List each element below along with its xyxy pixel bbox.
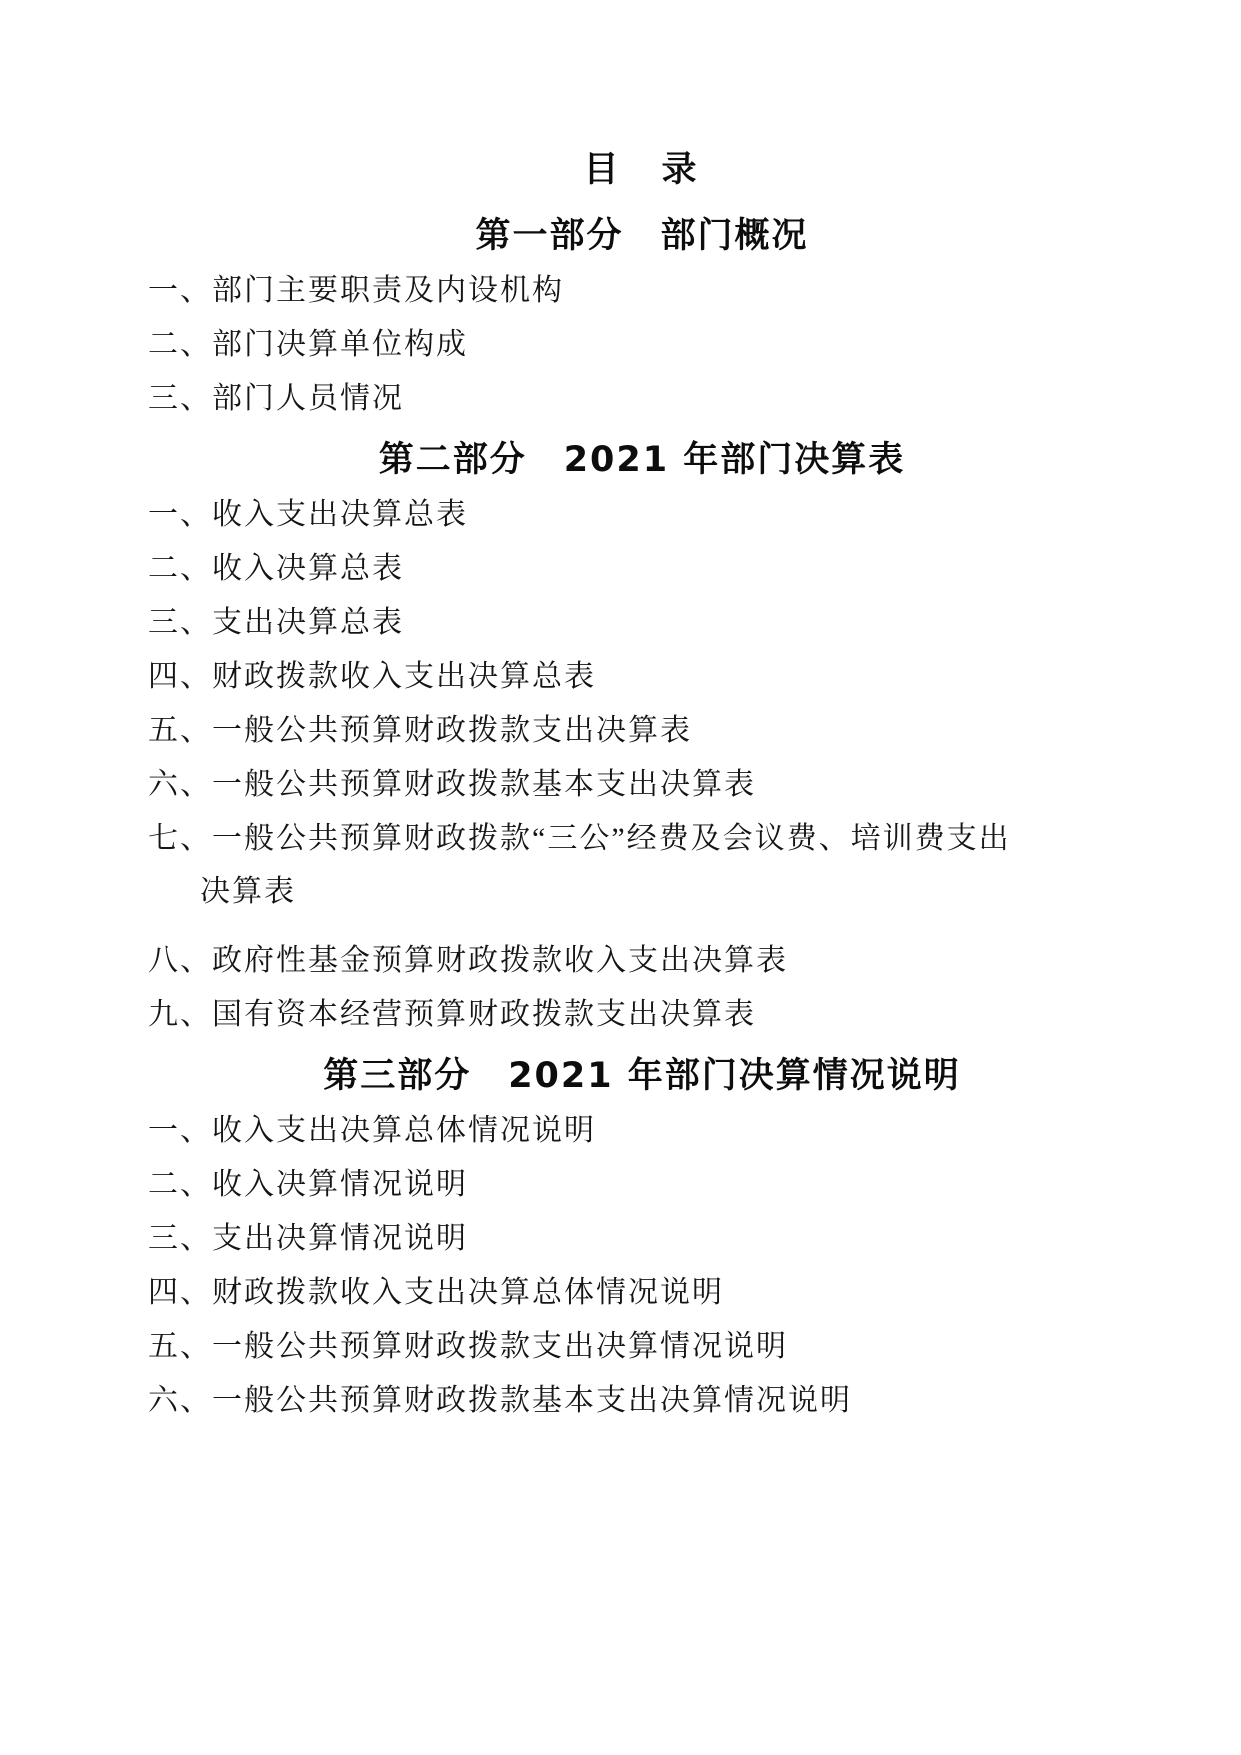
toc-item: 一、部门主要职责及内设机构	[148, 264, 1146, 318]
toc-item: 二、收入决算情况说明	[148, 1158, 1146, 1212]
toc-item: 三、支出决算情况说明	[148, 1212, 1146, 1266]
toc-item: 一、收入支出决算总表	[148, 488, 1146, 542]
section-heading-part-2: 第二部分 2021 年部门决算表	[148, 438, 1136, 482]
toc-item: 七、一般公共预算财政拨款“三公”经费及会议费、培训费支出决算表	[148, 812, 1038, 918]
toc-item: 五、一般公共预算财政拨款支出决算表	[148, 704, 1146, 758]
section-part-1: 第一部分 部门概况 一、部门主要职责及内设机构 二、部门决算单位构成 三、部门人…	[148, 214, 1146, 426]
toc-item: 六、一般公共预算财政拨款基本支出决算表	[148, 758, 1146, 812]
toc-item: 四、财政拨款收入支出决算总体情况说明	[148, 1266, 1146, 1320]
toc-item: 一、收入支出决算总体情况说明	[148, 1104, 1146, 1158]
toc-item: 九、国有资本经营预算财政拨款支出决算表	[148, 988, 1146, 1042]
toc-item: 六、一般公共预算财政拨款基本支出决算情况说明	[148, 1374, 1146, 1428]
section-heading-part-3: 第三部分 2021 年部门决算情况说明	[148, 1054, 1136, 1098]
toc-title: 目 录	[148, 148, 1136, 192]
toc-item: 三、支出决算总表	[148, 596, 1146, 650]
toc-item: 五、一般公共预算财政拨款支出决算情况说明	[148, 1320, 1146, 1374]
toc-item: 八、政府性基金预算财政拨款收入支出决算表	[148, 934, 1146, 988]
document-page: { "document": { "title": "目 录", "section…	[0, 0, 1241, 1755]
section-part-2: 第二部分 2021 年部门决算表 一、收入支出决算总表 二、收入决算总表 三、支…	[148, 438, 1146, 1042]
toc-item: 二、收入决算总表	[148, 542, 1146, 596]
toc-item: 二、部门决算单位构成	[148, 318, 1146, 372]
toc-item: 四、财政拨款收入支出决算总表	[148, 650, 1146, 704]
toc-item: 三、部门人员情况	[148, 372, 1146, 426]
section-part-3: 第三部分 2021 年部门决算情况说明 一、收入支出决算总体情况说明 二、收入决…	[148, 1054, 1146, 1428]
toc-page: 目 录 第一部分 部门概况 一、部门主要职责及内设机构 二、部门决算单位构成 三…	[0, 0, 1241, 1755]
section-heading-part-1: 第一部分 部门概况	[148, 214, 1136, 258]
